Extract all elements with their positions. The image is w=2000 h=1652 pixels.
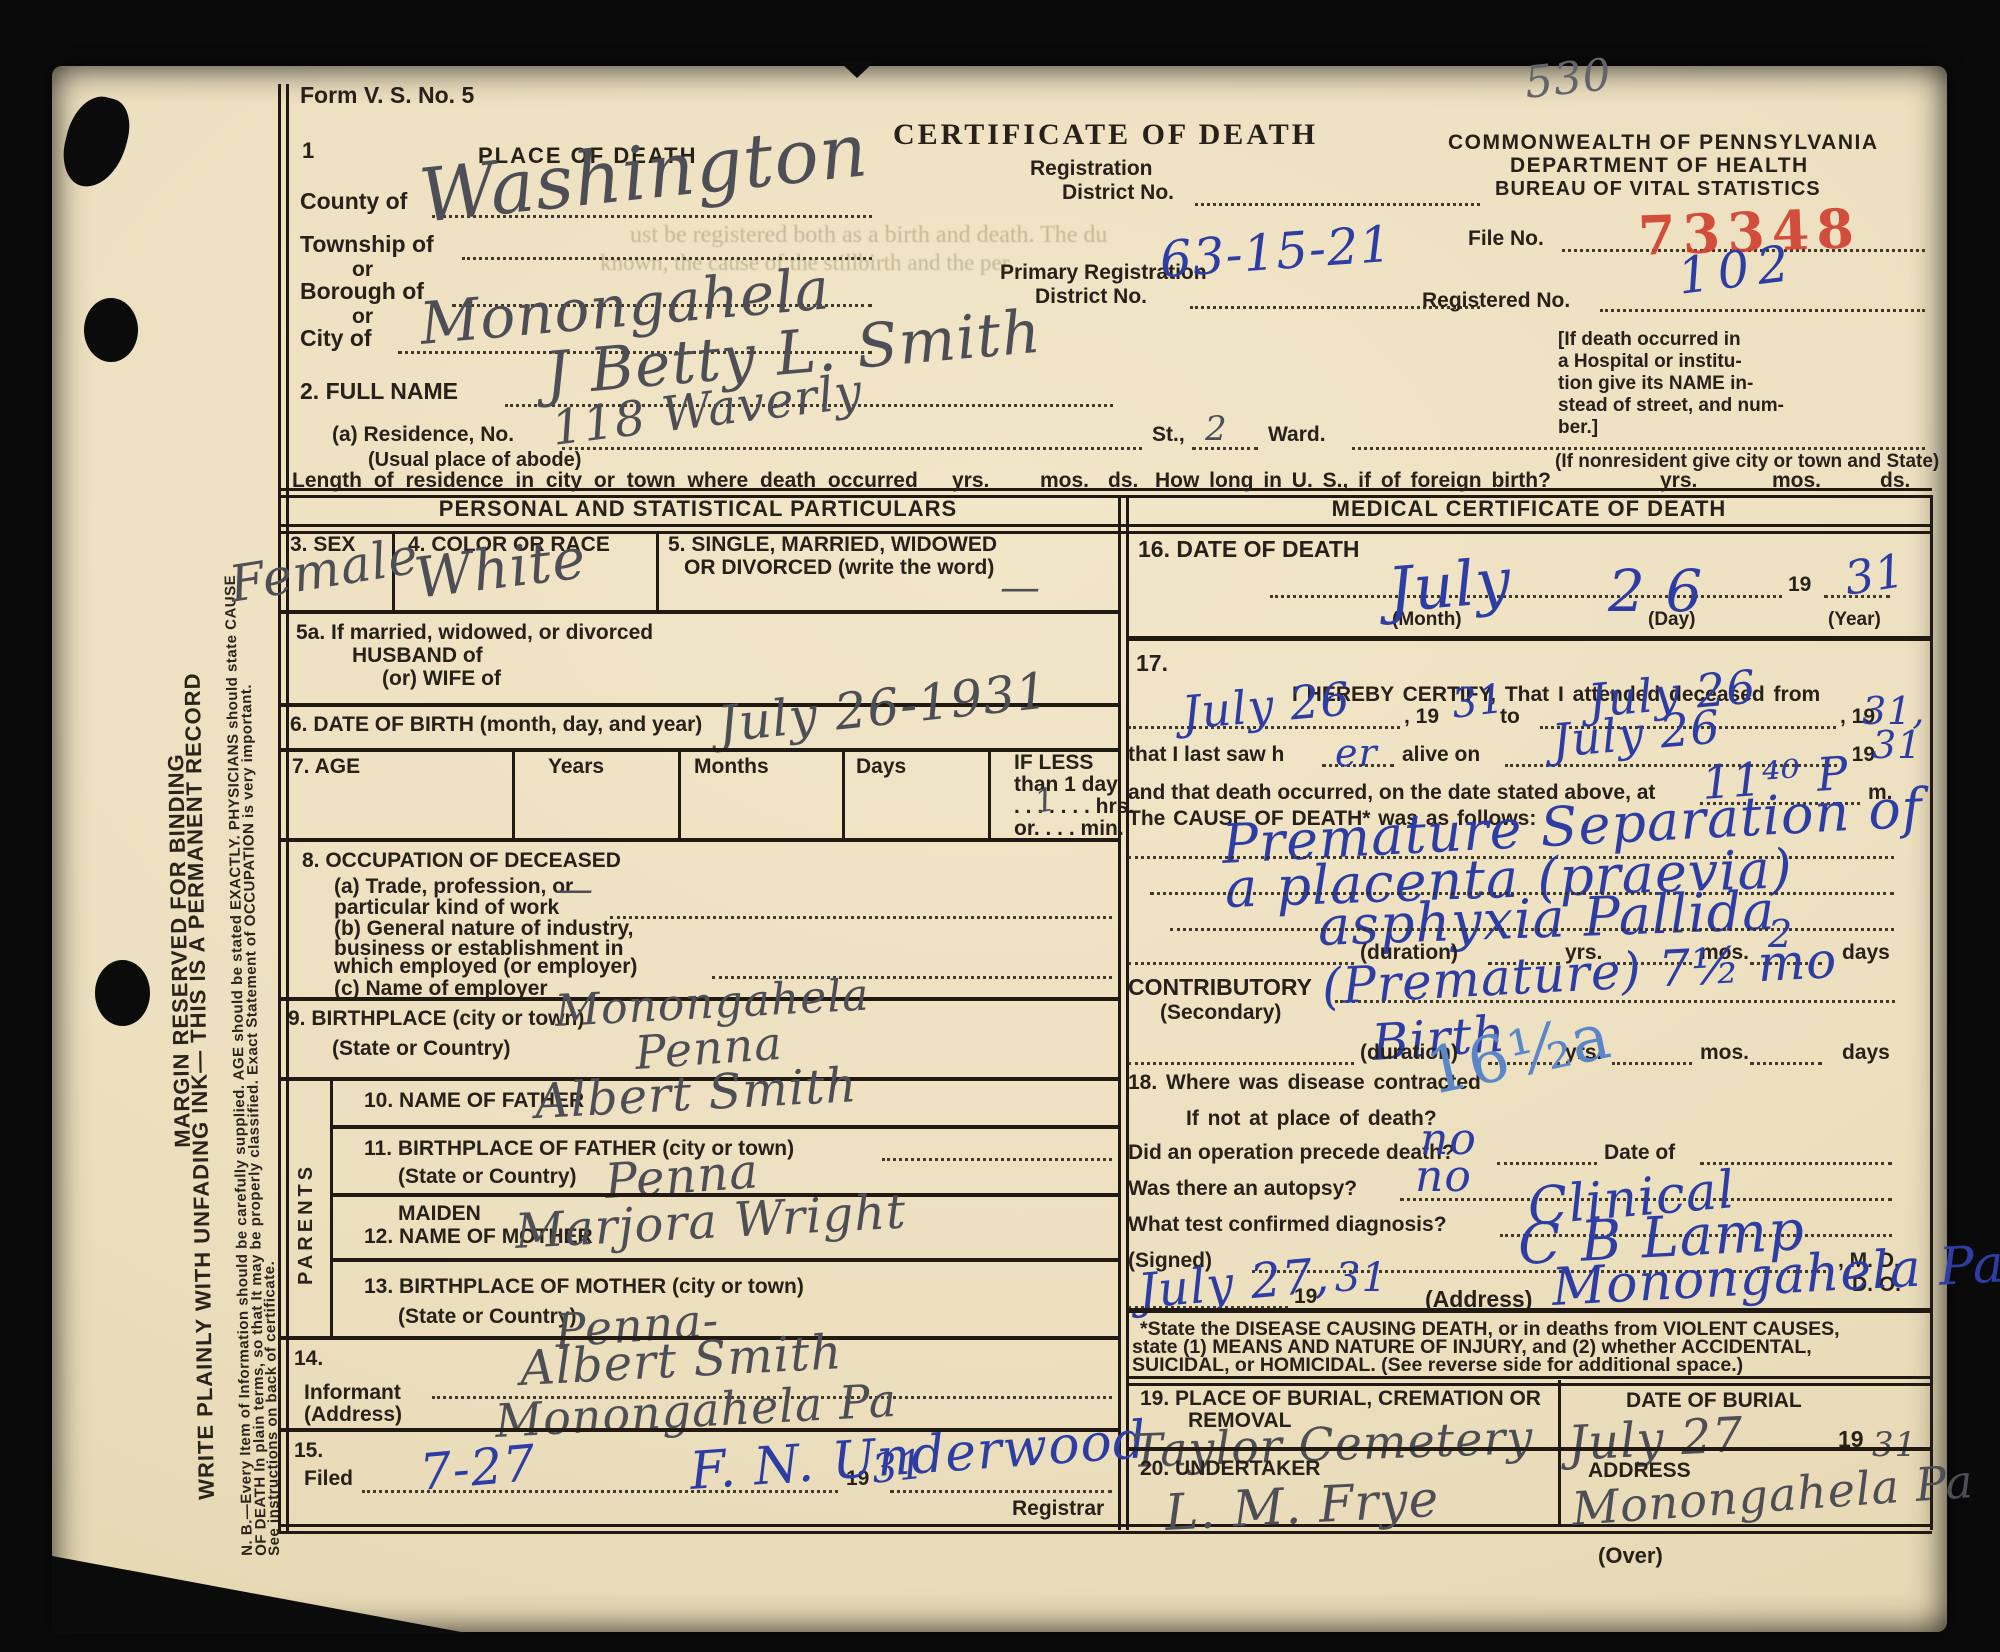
medical-title: MEDICAL CERTIFICATE OF DEATH bbox=[1128, 498, 1930, 520]
length-of-residence-label: Length of residence in city or town wher… bbox=[292, 470, 918, 491]
test-label: What test confirmed diagnosis? bbox=[1128, 1214, 1447, 1235]
registered-no-label: Registered No. bbox=[1422, 290, 1570, 311]
dotted-line bbox=[610, 916, 1112, 919]
death-certificate-scan: N. B.—Every Item of Information should b… bbox=[0, 0, 2000, 1652]
death-day-value: 2 6 bbox=[1608, 562, 1703, 620]
burial-year-value: 31 bbox=[1872, 1428, 1917, 1462]
registrar-label: Registrar bbox=[1012, 1498, 1104, 1519]
st-label: St., bbox=[1152, 424, 1185, 445]
alive-on-value: July 26 bbox=[1550, 703, 1722, 764]
if-less-line1: IF LESS bbox=[1014, 752, 1093, 773]
over-label: (Over) bbox=[1598, 1545, 1663, 1567]
burial-place-label1: 19. PLACE OF BURIAL, CREMATION OR bbox=[1140, 1388, 1541, 1409]
form-number: Form V. S. No. 5 bbox=[300, 84, 474, 107]
bleed-text: ust be registered both as a birth and de… bbox=[630, 222, 1107, 249]
bureau-line: BUREAU OF VITAL STATISTICS bbox=[1495, 179, 1821, 199]
dotted-line bbox=[1270, 595, 1782, 598]
mos-label: mos. bbox=[1772, 470, 1821, 491]
contributory-label: CONTRIBUTORY bbox=[1128, 976, 1312, 999]
dotted-line bbox=[890, 1490, 1112, 1493]
registration-label: Registration bbox=[1030, 158, 1153, 179]
hospital-note-line: [If death occurred in bbox=[1558, 330, 1741, 349]
informant-number: 14. bbox=[294, 1348, 323, 1369]
occupation-a2: particular kind of work bbox=[334, 897, 559, 918]
occupation-c: (c) Name of employer bbox=[334, 978, 548, 999]
rule bbox=[988, 748, 991, 838]
ward-value: 2 bbox=[1205, 412, 1228, 446]
dotted-line bbox=[1750, 1062, 1822, 1065]
autopsy-label: Was there an autopsy? bbox=[1128, 1178, 1357, 1199]
year-sub: (Year) bbox=[1828, 610, 1881, 629]
department-line: DEPARTMENT OF HEALTH bbox=[1510, 155, 1809, 176]
age-months-label: Months bbox=[694, 756, 769, 777]
marital-label-line2: OR DIVORCED (write the word) bbox=[684, 557, 994, 578]
informant-address-label: (Address) bbox=[304, 1404, 402, 1425]
section17-number: 17. bbox=[1136, 652, 1168, 675]
maiden-label: MAIDEN bbox=[398, 1203, 481, 1224]
rule bbox=[842, 748, 845, 838]
filed-number: 15. bbox=[294, 1440, 323, 1461]
hospital-note-line: a Hospital or institu- bbox=[1558, 352, 1742, 371]
dotted-line bbox=[1497, 1162, 1597, 1165]
filed-label: Filed bbox=[304, 1468, 353, 1489]
township-label: Township of bbox=[300, 233, 434, 256]
section1-number: 1 bbox=[302, 140, 314, 162]
printed-19: , 19 bbox=[1404, 706, 1439, 727]
informant-label: Informant bbox=[304, 1382, 401, 1403]
yrs-label: yrs. bbox=[1660, 470, 1697, 491]
rule bbox=[512, 748, 515, 838]
occupation-b1: (b) General nature of industry, bbox=[334, 918, 633, 939]
days-label: days bbox=[1842, 1042, 1890, 1063]
hospital-note-line: tion give its NAME in- bbox=[1558, 374, 1753, 393]
autopsy-value: no bbox=[1415, 1155, 1472, 1199]
secondary-label: (Secondary) bbox=[1160, 1002, 1281, 1023]
last-saw-label: that I last saw h bbox=[1128, 744, 1284, 765]
undertaker-label: 20. UNDERTAKER bbox=[1140, 1458, 1320, 1479]
ds-label: ds. bbox=[1108, 470, 1138, 491]
marital-value: — bbox=[1000, 568, 1041, 608]
abode-note: (Usual place of abode) bbox=[368, 450, 581, 470]
borough-label: Borough of bbox=[300, 280, 424, 303]
personal-title: PERSONAL AND STATISTICAL PARTICULARS bbox=[278, 498, 1118, 520]
rule bbox=[278, 610, 1118, 614]
rule bbox=[656, 532, 659, 610]
birthplace-label: 9. BIRTHPLACE (city or town) bbox=[288, 1008, 584, 1029]
rule bbox=[1128, 636, 1930, 641]
margin-rule bbox=[278, 84, 289, 1532]
dotted-line bbox=[1612, 1062, 1692, 1065]
rule bbox=[330, 1258, 1118, 1262]
ward-label: Ward. bbox=[1268, 424, 1326, 445]
primary-district-label: District No. bbox=[1035, 286, 1147, 307]
her-value: er bbox=[1335, 734, 1378, 772]
if-less-line4: or. . . . min. bbox=[1014, 818, 1124, 839]
rule bbox=[278, 748, 1118, 752]
marital-label-line1: 5. SINGLE, MARRIED, WIDOWED bbox=[668, 534, 997, 555]
birthplace-sub: (State or Country) bbox=[332, 1038, 511, 1059]
filed-date-value: 7-27 bbox=[418, 1438, 538, 1498]
age-days-label: Days bbox=[856, 756, 906, 777]
city-label: City of bbox=[300, 327, 372, 350]
date-of-birth-label: 6. DATE OF BIRTH (month, day, and year) bbox=[290, 714, 702, 735]
pencil-number: 530 bbox=[1523, 53, 1614, 106]
commonwealth-line: COMMONWEALTH OF PENNSYLVANIA bbox=[1448, 132, 1878, 153]
s5a-line2: HUSBAND of bbox=[352, 645, 483, 666]
days-label: days bbox=[1842, 942, 1890, 963]
mother-birthplace-label: 13. BIRTHPLACE OF MOTHER (city or town) bbox=[364, 1276, 804, 1297]
printed-19: 19 bbox=[1788, 574, 1811, 595]
alive-on-year: 31 bbox=[1872, 726, 1922, 764]
death-month-value: July bbox=[1385, 549, 1514, 622]
file-no-label: File No. bbox=[1468, 228, 1544, 249]
if-less-line2: than 1 day bbox=[1014, 774, 1118, 795]
punch-hole bbox=[95, 960, 150, 1026]
age-label: 7. AGE bbox=[292, 756, 360, 777]
or-label: or bbox=[352, 259, 373, 280]
hospital-note-line: ber.] bbox=[1558, 418, 1598, 437]
full-name-label: 2. FULL NAME bbox=[300, 380, 458, 403]
date-of-label: Date of bbox=[1604, 1142, 1675, 1163]
occupation-a1: (a) Trade, profession, or bbox=[334, 876, 573, 897]
dotted-line bbox=[1352, 447, 1925, 450]
date-of-death-label: 16. DATE OF DEATH bbox=[1138, 538, 1360, 561]
operation-label: Did an operation precede death? bbox=[1128, 1142, 1455, 1163]
parents-label: PARENTS bbox=[296, 1163, 316, 1285]
dotted-line bbox=[882, 1158, 1112, 1161]
dotted-line bbox=[562, 447, 1142, 450]
certificate-title: CERTIFICATE OF DEATH bbox=[893, 120, 1318, 150]
how-long-label: How long in U. S., if of foreign birth? bbox=[1155, 470, 1551, 491]
dotted-line bbox=[1600, 309, 1925, 312]
rule bbox=[1128, 1376, 1930, 1386]
mos-label: mos. bbox=[1040, 470, 1089, 491]
s5a-line3: (or) WIFE of bbox=[382, 668, 501, 689]
rule bbox=[278, 838, 1118, 842]
rule bbox=[1128, 1447, 1930, 1451]
violent-causes-note3: SUICIDAL, or HOMICIDAL. (See reverse sid… bbox=[1132, 1356, 1743, 1376]
mos-label: mos. bbox=[1700, 1042, 1749, 1063]
occupation-b3: which employed (or employer) bbox=[334, 956, 637, 977]
dotted-line bbox=[1195, 203, 1480, 206]
rule bbox=[1128, 1308, 1930, 1313]
rule bbox=[330, 1077, 333, 1336]
father-birthplace-sub: (State or Country) bbox=[398, 1166, 577, 1187]
occupation-a-value: — bbox=[555, 870, 594, 908]
yrs-label: yrs. bbox=[952, 470, 989, 491]
attended-from-year: 31 bbox=[1450, 679, 1507, 725]
mother-birthplace-sub: (State or Country) bbox=[398, 1306, 577, 1327]
primary-district-value: 63-15-21 bbox=[1158, 219, 1394, 285]
not-at-place-label: If not at place of death? bbox=[1186, 1108, 1437, 1129]
attended-from-value: July 26 bbox=[1180, 675, 1352, 736]
s5a-line1: 5a. If married, widowed, or divorced bbox=[296, 622, 653, 643]
residence-label: (a) Residence, No. bbox=[332, 424, 514, 445]
registration-district-label: District No. bbox=[1062, 182, 1174, 203]
death-year-value: 31 bbox=[1841, 547, 1908, 602]
registered-no-value: 102 bbox=[1675, 238, 1800, 302]
age-years-label: Years bbox=[548, 756, 604, 777]
rule bbox=[1558, 1380, 1561, 1524]
alive-on-label: alive on bbox=[1402, 744, 1480, 765]
county-label: County of bbox=[300, 190, 407, 213]
sign-year-value: 31 bbox=[1335, 1258, 1388, 1298]
dotted-line bbox=[1128, 1062, 1354, 1065]
punch-hole bbox=[84, 298, 138, 362]
ds-label: ds. bbox=[1880, 470, 1910, 491]
column-divider bbox=[1118, 495, 1129, 1530]
or-label: or bbox=[352, 306, 373, 327]
rule bbox=[330, 1125, 1118, 1129]
rule bbox=[678, 748, 681, 838]
if-less-line3: . . . . . . . hrs. bbox=[1014, 796, 1134, 817]
rule bbox=[1930, 495, 1933, 1530]
undertaker-value: L. M. Frye bbox=[1164, 1474, 1441, 1538]
hospital-note-line: stead of street, and num- bbox=[1558, 396, 1784, 415]
